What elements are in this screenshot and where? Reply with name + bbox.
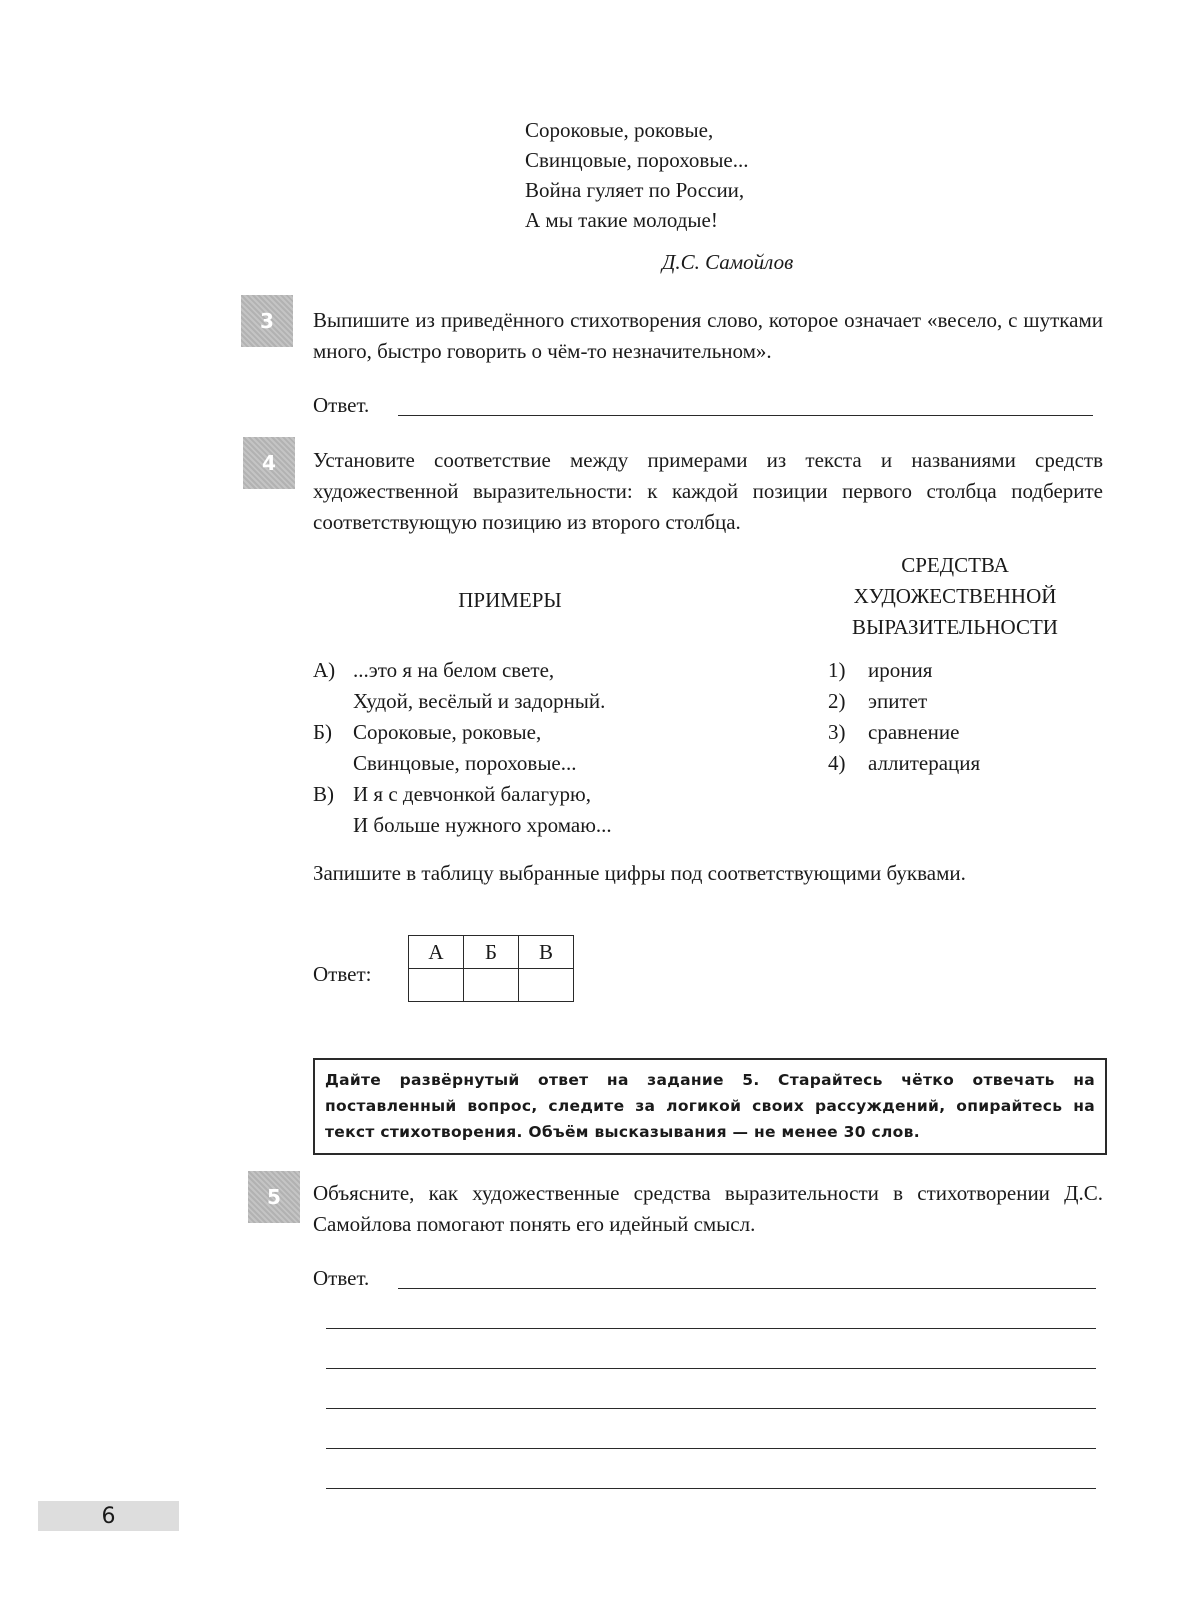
answer-table-header-row: А Б В [409, 936, 574, 969]
poem: Сороковые, роковые, Свинцовые, пороховые… [525, 115, 749, 235]
example-mark: Б) [313, 717, 353, 779]
device-label: эпитет [868, 686, 927, 717]
page-number: 6 [38, 1501, 179, 1531]
poem-line: Сороковые, роковые, [525, 115, 749, 145]
task5-answer-line[interactable] [326, 1328, 1096, 1329]
devices-heading-line: ВЫРАЗИТЕЛЬНОСТИ [815, 612, 1095, 643]
answer-cell-v[interactable] [519, 969, 574, 1002]
task3-text: Выпишите из приведённого стихотворения с… [313, 305, 1103, 367]
task-number-badge-4: 4 [243, 437, 295, 489]
example-text: ...это я на белом свете, Худой, весёлый … [353, 655, 605, 717]
task5-answer-line[interactable] [326, 1408, 1096, 1409]
poem-line: Свинцовые, пороховые... [525, 145, 749, 175]
devices-heading-line: СРЕДСТВА [815, 550, 1095, 581]
answer-table-header: В [519, 936, 574, 969]
poem-author: Д.С. Самойлов [662, 250, 793, 275]
device-item-3: 3) сравнение [828, 717, 980, 748]
task5-answer-line[interactable] [326, 1368, 1096, 1369]
example-text: И я с девчонкой балагурю, И больше нужно… [353, 779, 612, 841]
device-mark: 4) [828, 748, 868, 779]
device-mark: 3) [828, 717, 868, 748]
device-item-2: 2) эпитет [828, 686, 980, 717]
device-label: сравнение [868, 717, 959, 748]
answer-cell-b[interactable] [464, 969, 519, 1002]
answer-table-header: Б [464, 936, 519, 969]
example-mark: В) [313, 779, 353, 841]
examples-list: А) ...это я на белом свете, Худой, весёл… [313, 655, 612, 841]
task5-answer-line[interactable] [326, 1488, 1096, 1489]
answer-table: А Б В [408, 935, 574, 1002]
answer-table-header: А [409, 936, 464, 969]
example-line: ...это я на белом свете, [353, 655, 605, 686]
table-instruction: Запишите в таблицу выбранные цифры под с… [313, 858, 1103, 889]
device-mark: 1) [828, 655, 868, 686]
device-item-1: 1) ирония [828, 655, 980, 686]
task5-answer-label: Ответ. [313, 1266, 369, 1291]
task3-answer-label: Ответ. [313, 393, 369, 418]
devices-list: 1) ирония 2) эпитет 3) сравнение 4) алли… [828, 655, 980, 779]
task4-text: Установите соответствие между примерами … [313, 445, 1103, 538]
example-line: Сороковые, роковые, [353, 717, 577, 748]
task4-answer-label: Ответ: [313, 962, 371, 987]
devices-heading: СРЕДСТВА ХУДОЖЕСТВЕННОЙ ВЫРАЗИТЕЛЬНОСТИ [815, 550, 1095, 643]
device-item-4: 4) аллитерация [828, 748, 980, 779]
example-line: Худой, весёлый и задорный. [353, 686, 605, 717]
task-number-badge-5: 5 [248, 1171, 300, 1223]
task5-text: Объясните, как художественные средства в… [313, 1178, 1103, 1240]
device-mark: 2) [828, 686, 868, 717]
example-item-a: А) ...это я на белом свете, Худой, весёл… [313, 655, 612, 717]
answer-cell-a[interactable] [409, 969, 464, 1002]
task3-answer-line[interactable] [398, 415, 1093, 416]
example-text: Сороковые, роковые, Свинцовые, пороховые… [353, 717, 577, 779]
example-mark: А) [313, 655, 353, 717]
task5-answer-line[interactable] [398, 1288, 1096, 1289]
poem-line: Война гуляет по России, [525, 175, 749, 205]
device-label: аллитерация [868, 748, 980, 779]
task-number-badge-3: 3 [241, 295, 293, 347]
example-line: Свинцовые, пороховые... [353, 748, 577, 779]
instruction-box: Дайте развёрнутый ответ на задание 5. Ст… [313, 1058, 1107, 1155]
example-line: И я с девчонкой балагурю, [353, 779, 612, 810]
device-label: ирония [868, 655, 932, 686]
devices-heading-line: ХУДОЖЕСТВЕННОЙ [815, 581, 1095, 612]
example-item-b: Б) Сороковые, роковые, Свинцовые, порохо… [313, 717, 612, 779]
task5-answer-line[interactable] [326, 1448, 1096, 1449]
poem-line: А мы такие молодые! [525, 205, 749, 235]
example-line: И больше нужного хромаю... [353, 810, 612, 841]
example-item-v: В) И я с девчонкой балагурю, И больше ну… [313, 779, 612, 841]
answer-table-input-row [409, 969, 574, 1002]
examples-heading: ПРИМЕРЫ [410, 585, 610, 616]
